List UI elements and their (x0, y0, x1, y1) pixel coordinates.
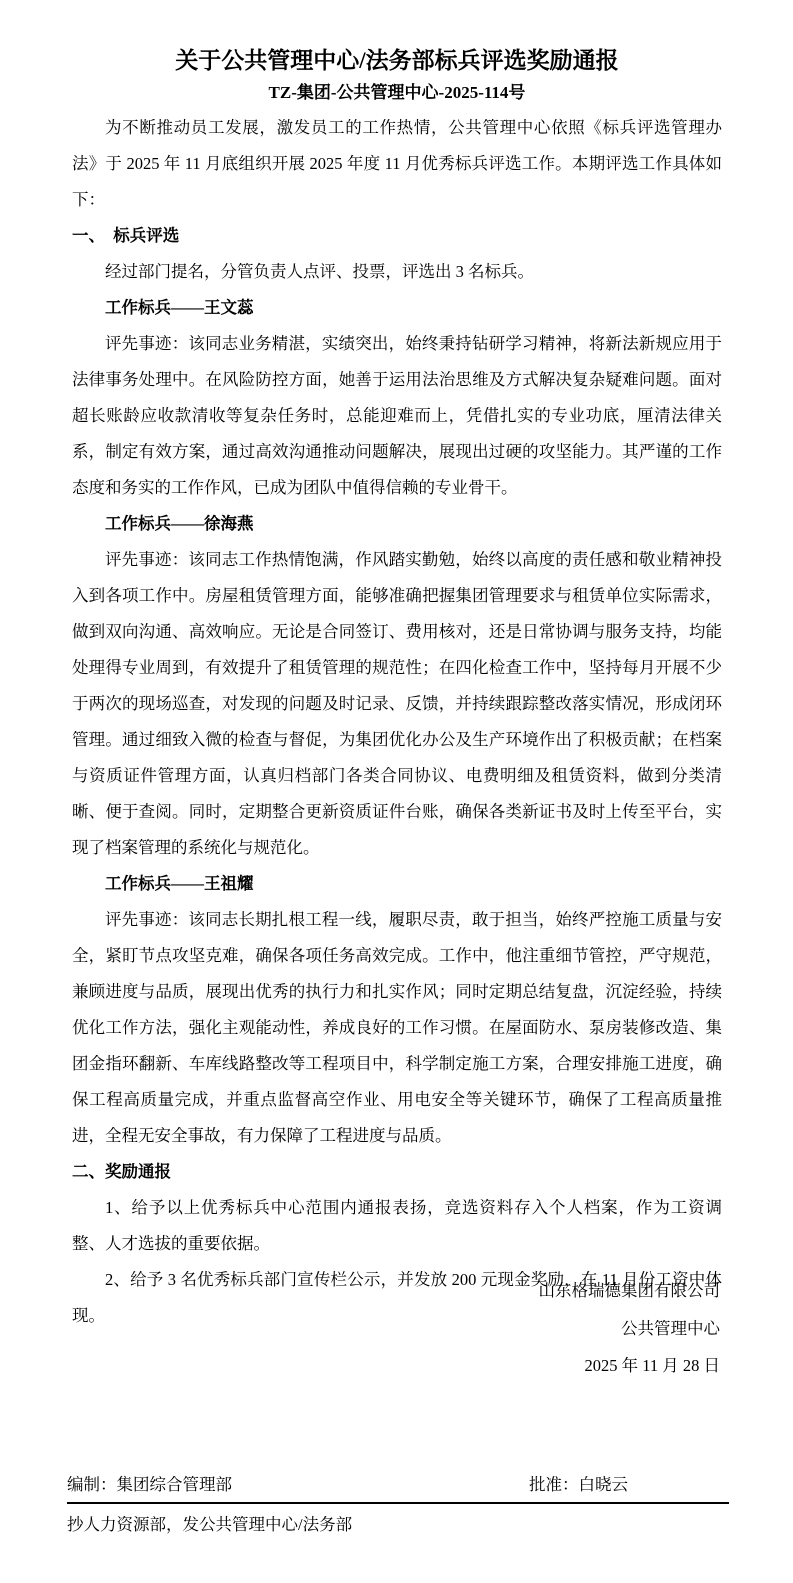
reward-item-1: 1、给予以上优秀标兵中心范围内通报表扬，竞选资料存入个人档案，作为工资调整、人才… (72, 1190, 722, 1262)
section2-heading: 二、奖励通报 (72, 1154, 722, 1190)
signature-department: 公共管理中心 (539, 1310, 721, 1348)
winner-2-title: 工作标兵——徐海燕 (72, 506, 722, 542)
intro-paragraph: 为不断推动员工发展，激发员工的工作热情，公共管理中心依照《标兵评选管理办法》于 … (72, 110, 722, 218)
document-title: 关于公共管理中心/法务部标兵评选奖励通报 (72, 44, 722, 78)
winner-1-deeds: 评先事迹：该同志业务精湛，实绩突出，始终秉持钻研学习精神，将新法新规应用于法律事… (72, 326, 722, 506)
winner-3-title: 工作标兵——王祖耀 (72, 866, 722, 902)
winner-3-deeds: 评先事迹：该同志长期扎根工程一线，履职尽责，敢于担当，始终严控施工质量与安全，紧… (72, 902, 722, 1154)
section1-intro: 经过部门提名，分管负责人点评、投票，评选出 3 名标兵。 (72, 254, 722, 290)
cc-distribution-line: 抄人力资源部，发公共管理中心/法务部 (67, 1510, 729, 1540)
document-number: TZ-集团-公共管理中心-2025-114号 (72, 80, 722, 106)
approved-by-label: 批准：白晓云 (529, 1470, 729, 1500)
section1-heading: 一、 标兵评选 (72, 218, 722, 254)
winner-1-title: 工作标兵——王文蕊 (72, 290, 722, 326)
footer-approval-row: 编制：集团综合管理部 批准：白晓云 (67, 1470, 729, 1504)
signature-company: 山东格瑞德集团有限公司 (539, 1272, 721, 1310)
signature-block: 山东格瑞德集团有限公司 公共管理中心 2025 年 11 月 28 日 (539, 1272, 721, 1385)
prepared-by-label: 编制：集团综合管理部 (67, 1470, 529, 1500)
document-page: 关于公共管理中心/法务部标兵评选奖励通报 TZ-集团-公共管理中心-2025-1… (0, 0, 793, 1583)
signature-date: 2025 年 11 月 28 日 (539, 1347, 721, 1385)
document-footer: 编制：集团综合管理部 批准：白晓云 抄人力资源部，发公共管理中心/法务部 (67, 1470, 729, 1540)
winner-2-deeds: 评先事迹：该同志工作热情饱满，作风踏实勤勉，始终以高度的责任感和敬业精神投入到各… (72, 542, 722, 866)
